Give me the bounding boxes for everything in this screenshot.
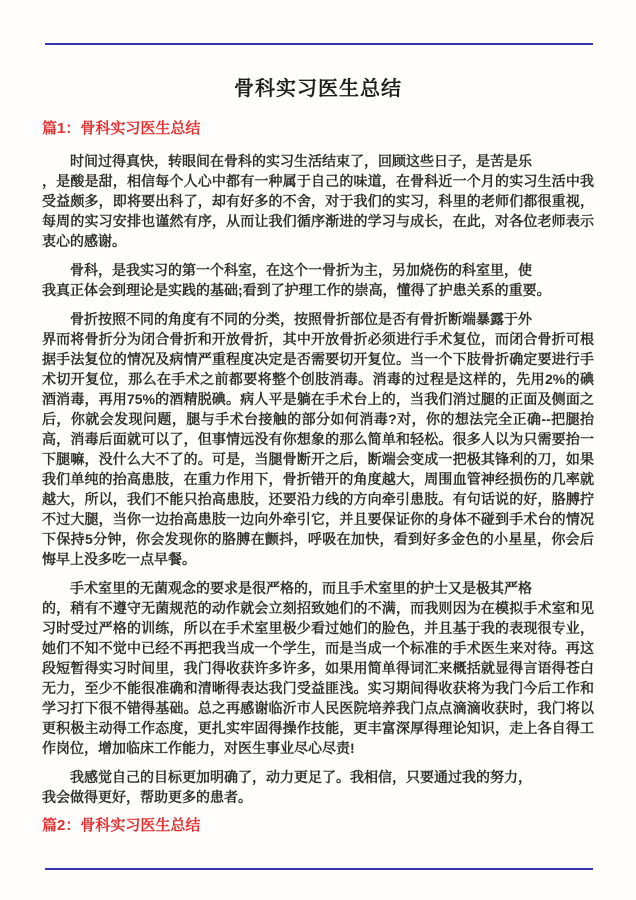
document-title: 骨科实习医生总结 [42,76,594,102]
document-body: 骨科实习医生总结 篇1：骨科实习医生总结 时间过得真快，转眼间在骨科的实习生活结… [42,76,594,848]
section-heading: 篇1：骨科实习医生总结 [42,119,594,138]
document-page: 骨科实习医生总结 篇1：骨科实习医生总结 时间过得真快，转眼间在骨科的实习生活结… [0,0,636,900]
paragraph: 我感觉自己的目标更加明确了，动力更足了。我相信，只要通过我的努力， 我会做得更好… [42,767,594,807]
paragraph: 骨折按照不同的角度有不同的分类，按照骨折部位是否有骨折断端暴露于外 界而将骨折分… [42,309,594,569]
sections-container: 篇1：骨科实习医生总结 时间过得真快，转眼间在骨科的实习生活结束了，回顾这些日子… [42,119,594,835]
document-section: 篇1：骨科实习医生总结 时间过得真快，转眼间在骨科的实习生活结束了，回顾这些日子… [42,119,594,807]
bottom-divider-line [45,868,593,870]
section-heading: 篇2：骨科实习医生总结 [42,816,594,835]
document-section: 篇2：骨科实习医生总结 [42,816,594,835]
top-divider-line [45,43,593,45]
paragraph: 骨科，是我实习的第一个科室，在这个一骨折为主，另加烧伤的科室里，使 我真正体会到… [42,260,594,300]
paragraph: 时间过得真快，转眼间在骨科的实习生活结束了，回顾这些日子，是苦是乐 ，是酸是甜，… [42,151,594,251]
paragraph: 手术室里的无菌观念的要求是很严格的，而且手术室里的护士又是极其严格 的，稍有不遵… [42,578,594,758]
